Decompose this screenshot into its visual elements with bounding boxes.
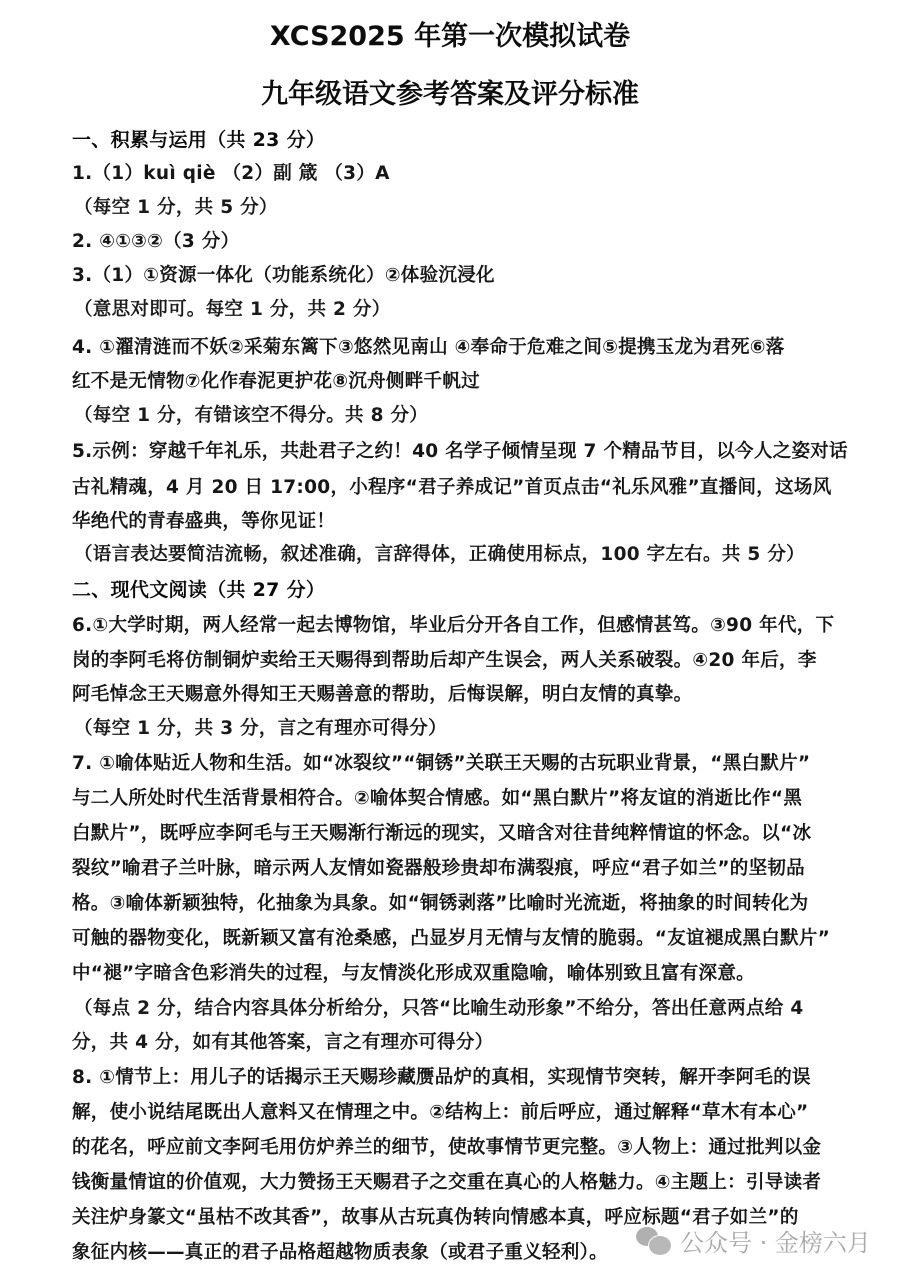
exam-title: XCS2025 年第一次模拟试卷: [0, 14, 900, 53]
answer-line: 6.①大学时期，两人经常一起去博物馆，毕业后分开各自工作，但感情甚笃。③90 年…: [72, 614, 862, 638]
answer-line: 的花名，呼应前文李阿毛用仿炉养兰的细节，使故事情节更完整。③人物上：通过批判以金: [72, 1136, 862, 1160]
answer-line: 白默片”，既呼应李阿毛与王天赐渐行渐远的现实，又暗含对往昔纯粹情谊的怀念。以“冰: [72, 822, 862, 846]
scoring-note: （每空 1 分，共 5 分）: [74, 196, 864, 220]
answer-line: 格。③喻体新颖独特，化抽象为具象。如“铜锈剥落”比喻时光流逝，将抽象的时间转化为: [72, 892, 862, 916]
answer-key-page: XCS2025 年第一次模拟试卷 九年级语文参考答案及评分标准 一、积累与运用（…: [0, 0, 900, 1273]
answer-line: 钱衡量情谊的价值观，大力赞扬王天赐君子之交重在真心的人格魅力。④主题上：引导读者: [72, 1171, 862, 1195]
answer-line: 8. ①情节上：用儿子的话揭示王天赐珍藏赝品炉的真相，实现情节突转，解开李阿毛的…: [72, 1066, 862, 1090]
scoring-note: （每点 2 分，结合内容具体分析给分，只答“比喻生动形象”不给分，答出任意两点给…: [74, 997, 864, 1021]
answer-line: 1.（1）kuì qiè （2）副 箴 （3）A: [72, 162, 862, 186]
watermark: 公众号 · 金榜六月: [636, 1222, 871, 1258]
answer-line: 阿毛悼念王天赐意外得知王天赐善意的帮助，后悔误解，明白友情的真挚。: [72, 683, 862, 707]
scoring-note: （每空 1 分，共 3 分，言之有理亦可得分）: [74, 717, 864, 741]
answer-line: 华绝代的青春盛典，等你见证！: [72, 510, 862, 534]
answer-line: 岗的李阿毛将仿制铜炉卖给王天赐得到帮助后却产生误会，两人关系破裂。④20 年后，…: [72, 649, 862, 673]
answer-line: 7. ①喻体贴近人物和生活。如“冰裂纹”“铜锈”关联王天赐的古玩职业背景，“黑白…: [72, 752, 862, 776]
answer-line: 古礼精魂，4 月 20 日 17:00，小程序“君子养成记”首页点击“礼乐风雅”…: [72, 476, 862, 500]
answer-line: 裂纹”喻君子兰叶脉，暗示两人友情如瓷器般珍贵却布满裂痕，呼应“君子如兰”的坚韧品: [72, 857, 862, 881]
section-heading-2: 二、现代文阅读（共 27 分）: [72, 578, 862, 602]
answer-line: 2. ④①③②（3 分）: [72, 230, 862, 254]
answer-line: 与二人所处时代生活背景相符合。②喻体契合情感。如“黑白默片”将友谊的消逝比作“黑: [72, 787, 862, 811]
answer-line: 3.（1）①资源一体化（功能系统化）②体验沉浸化: [72, 264, 862, 288]
answer-line: 可触的器物变化，既新颖又富有沧桑感，凸显岁月无情与友情的脆弱。“友谊褪成黑白默片…: [72, 927, 862, 951]
scoring-note: 分，共 4 分，如有其他答案，言之有理亦可得分）: [72, 1031, 862, 1055]
answer-line: 中“褪”字暗含色彩消失的过程，与友情淡化形成双重隐喻，喻体别致且富有深意。: [72, 962, 862, 986]
answer-line: 5.示例：穿越千年礼乐，共赴君子之约！40 名学子倾情呈现 7 个精品节目，以今…: [72, 440, 862, 464]
scoring-note: （每空 1 分，有错该空不得分。共 8 分）: [74, 404, 864, 428]
answer-line: 解，使小说结尾既出人意料又在情理之中。②结构上：前后呼应，通过解释“草木有本心”: [72, 1101, 862, 1125]
scoring-note: （语言表达要简洁流畅，叙述准确，言辞得体，正确使用标点，100 字左右。共 5 …: [74, 543, 864, 567]
wechat-icon: [636, 1225, 672, 1255]
exam-subtitle: 九年级语文参考答案及评分标准: [0, 72, 900, 111]
scoring-note: （意思对即可。每空 1 分，共 2 分）: [74, 298, 864, 322]
answer-line: 红不是无情物⑦化作春泥更护花⑧沉舟侧畔千帆过: [72, 370, 862, 394]
watermark-text: 公众号 · 金榜六月: [680, 1223, 871, 1258]
answer-line: 4. ①濯清涟而不妖②采菊东篱下③悠然见南山 ④奉命于危难之间⑤提携玉龙为君死⑥…: [72, 336, 862, 360]
section-heading-1: 一、积累与运用（共 23 分）: [72, 128, 862, 152]
